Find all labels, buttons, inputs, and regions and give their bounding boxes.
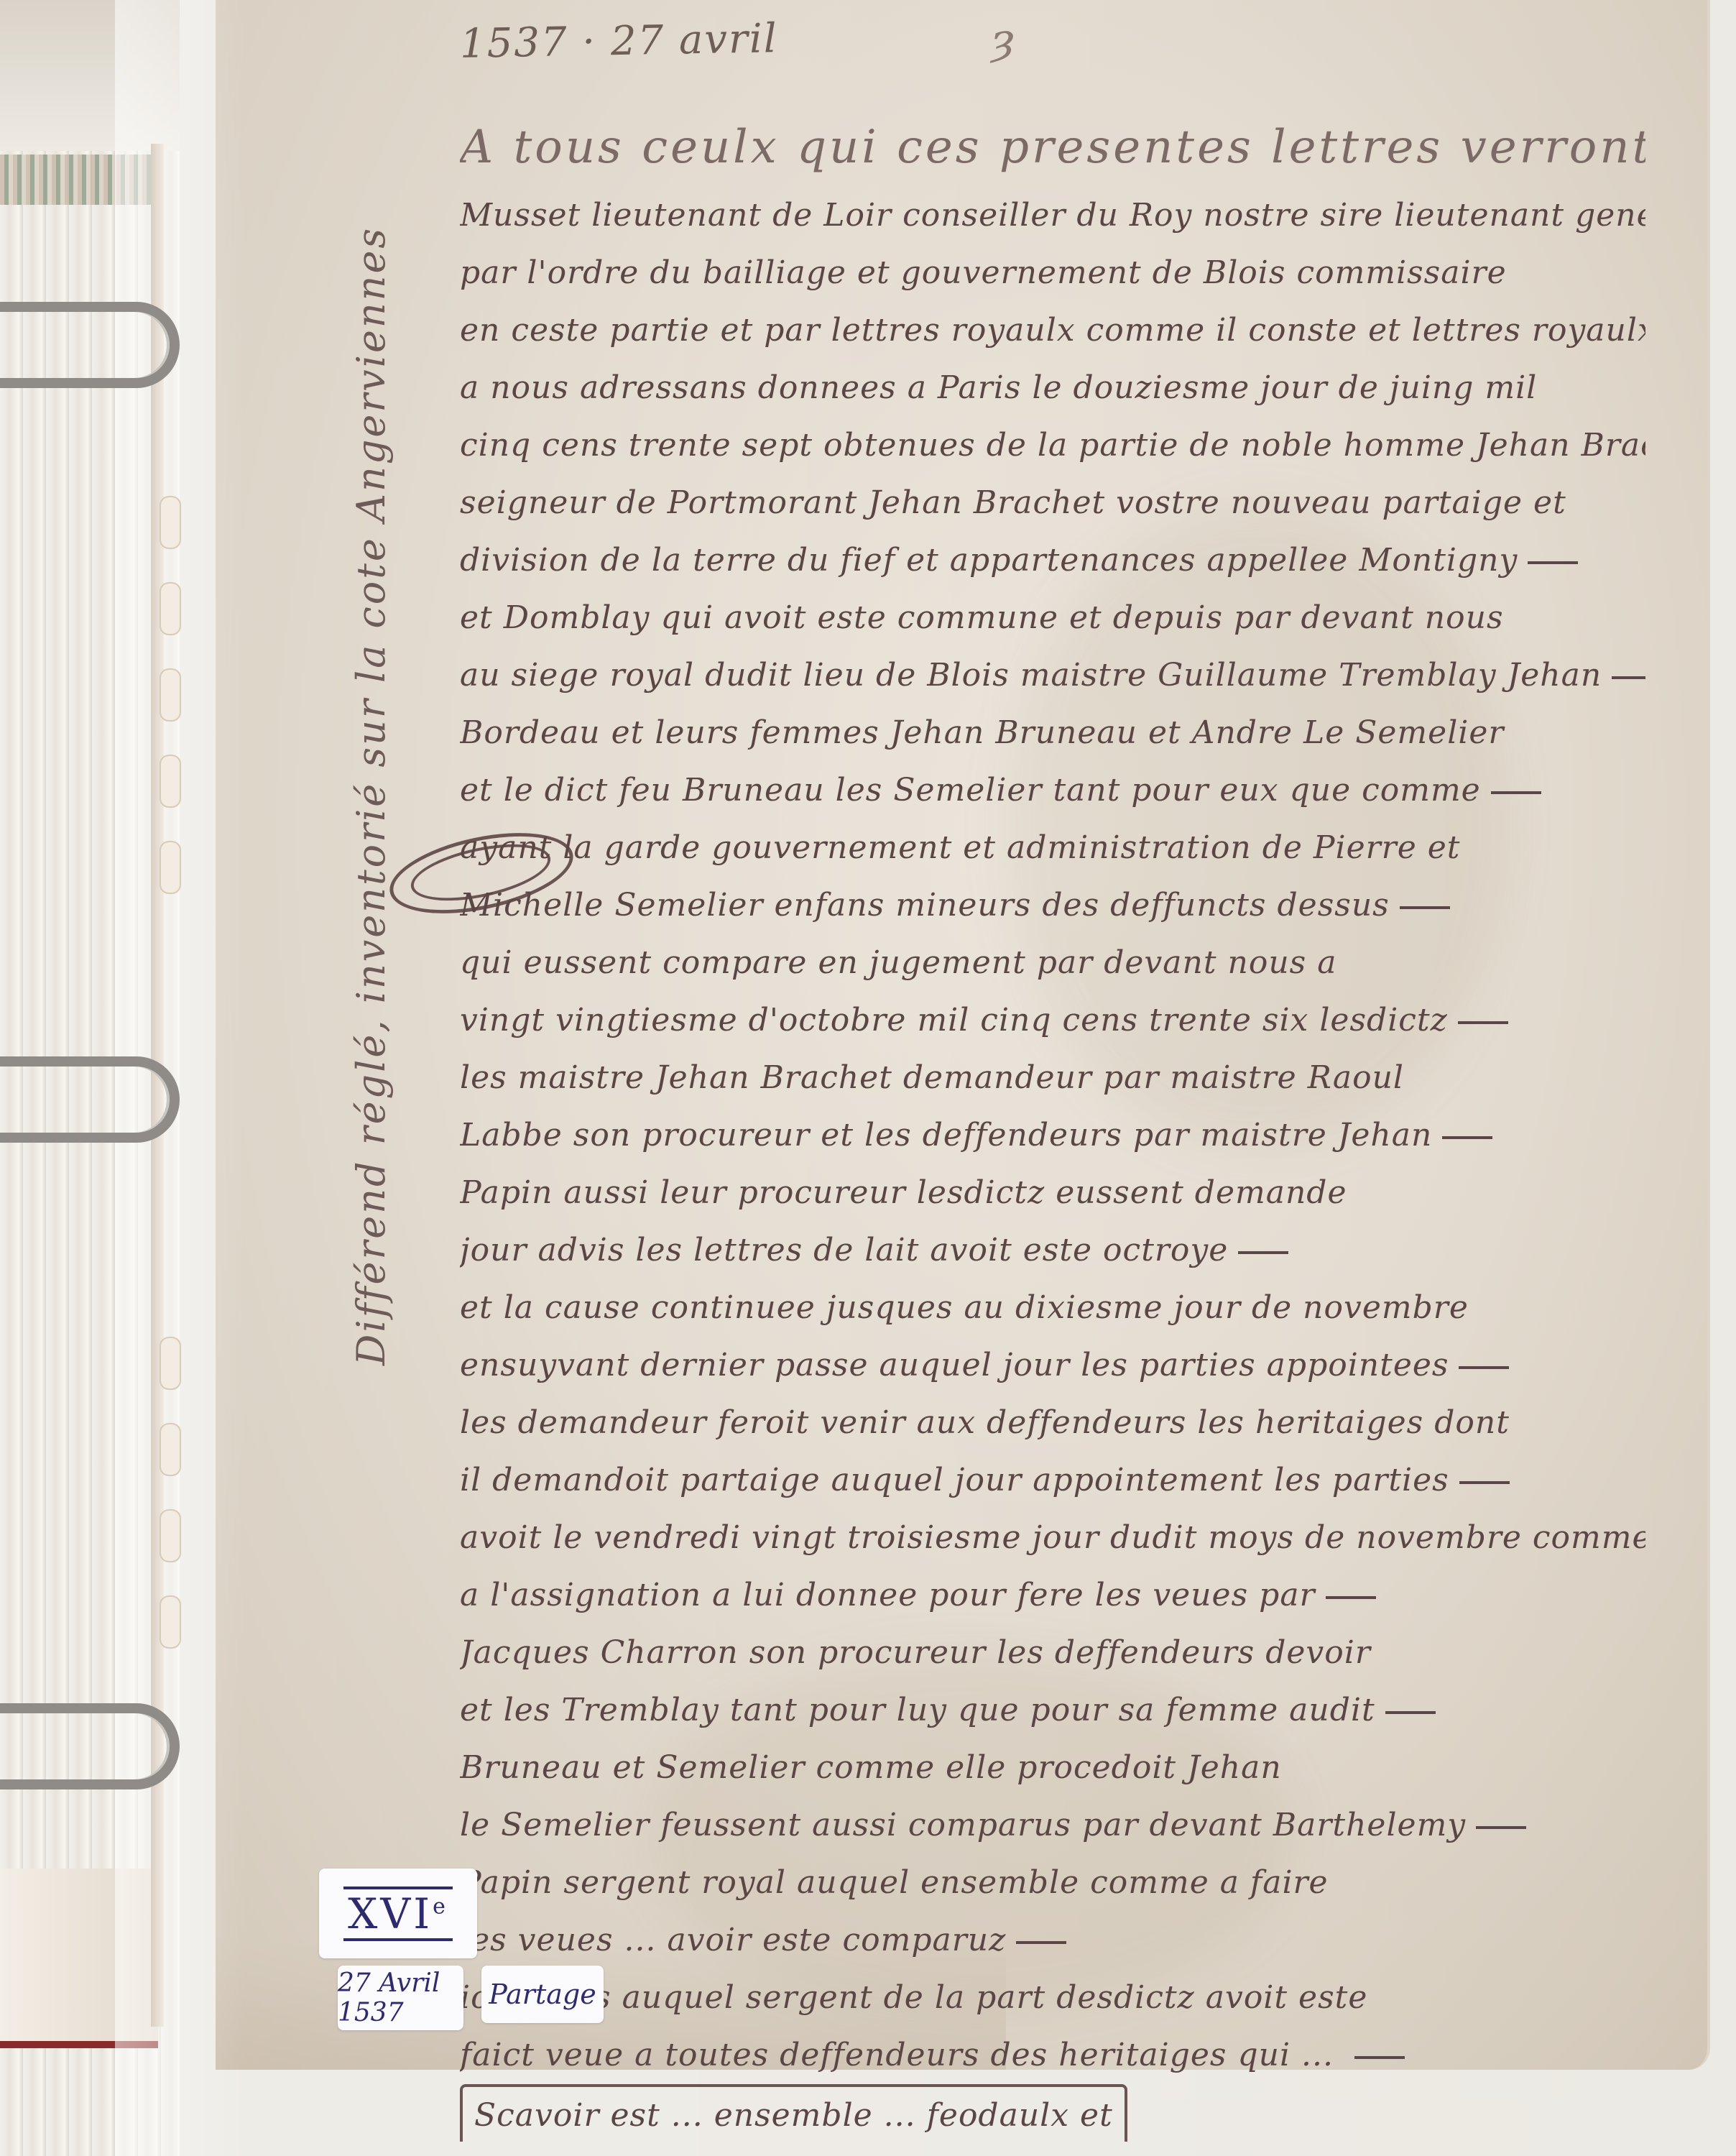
sleeve-punch-hole: [160, 1423, 181, 1476]
manuscript-line: qui eussent compare en jugement par deva…: [460, 934, 1645, 992]
manuscript-line: a nous adressans donnees a Paris le douz…: [460, 359, 1645, 417]
line-filler-dash: [1354, 2056, 1405, 2059]
label-date: 27 Avril 1537: [338, 1966, 463, 2030]
sleeve-punch-hole: [160, 1509, 181, 1562]
line-filler-dash: [1459, 1481, 1510, 1484]
line-filler-dash: [1016, 1941, 1066, 1944]
manuscript-line: Scavoir est ... ensemble ... feodaulx et: [460, 2084, 1645, 2142]
manuscript-line: et les Tremblay tant pour luy que pour s…: [460, 1682, 1645, 1739]
header-date-note: 1537 · 27 avril: [459, 15, 778, 68]
manuscript-line: Bordeau et leurs femmes Jehan Bruneau et…: [460, 704, 1645, 762]
line-filler-dash: [1400, 906, 1450, 909]
sleeve-punch-hole: [160, 1595, 181, 1649]
manuscript-line: et le dict feu Bruneau les Semelier tant…: [460, 762, 1645, 819]
manuscript-line: Michelle Semelier enfans mineurs des def…: [460, 877, 1645, 934]
manuscript-line: cinq cens trente sept obtenues de la par…: [460, 417, 1645, 474]
manuscript-line: ayant la garde gouvernement et administr…: [460, 819, 1645, 877]
line-filler-dash: [1612, 676, 1645, 679]
century-value: XVIe: [343, 1886, 453, 1941]
manuscript-line: et Domblay qui avoit este commune et dep…: [460, 589, 1645, 647]
line-filler-dash: [1528, 561, 1578, 564]
boxed-line: Scavoir est ... ensemble ... feodaulx et: [460, 2084, 1127, 2142]
manuscript-line: Musset lieutenant de Loir conseiller du …: [460, 187, 1645, 244]
header-note-right: ȝ: [992, 14, 1014, 65]
manuscript-line: les veues ... avoir este comparuz: [460, 1912, 1645, 1969]
sleeve-punch-hole: [160, 841, 181, 894]
sleeve-punch-hole: [160, 755, 181, 808]
manuscript-line: A tous ceulx qui ces presentes lettres v…: [460, 108, 1645, 187]
binder-ring-middle: [0, 1056, 180, 1143]
manuscript-line: vingt vingtiesme d'octobre mil cinq cens…: [460, 992, 1645, 1049]
manuscript-line: et la cause continuee jusques au dixiesm…: [460, 1279, 1645, 1337]
manuscript-line: les maistre Jehan Brachet demandeur par …: [460, 1049, 1645, 1107]
manuscript-line: avoit le vendredi vingt troisiesme jour …: [460, 1509, 1645, 1567]
manuscript-line: ensuyvant dernier passe auquel jour les …: [460, 1337, 1645, 1394]
manuscript-line: icy apres auquel sergent de la part desd…: [460, 1969, 1645, 2027]
label-document-type: Partage: [481, 1966, 604, 2023]
sleeve-punch-hole: [160, 1337, 181, 1390]
manuscript-line: au siege royal dudit lieu de Blois maist…: [460, 647, 1645, 704]
manuscript-line: seigneur de Portmorant Jehan Brachet vos…: [460, 474, 1645, 532]
manuscript-line: jour advis les lettres de lait avoit est…: [460, 1222, 1645, 1279]
manuscript-line: Bruneau et Semelier comme elle procedoit…: [460, 1739, 1645, 1797]
line-filler-dash: [1442, 1136, 1492, 1139]
manuscript-line: Papin sergent royal auquel ensemble comm…: [460, 1854, 1645, 1912]
manuscript-line: les demandeur feroit venir aux deffendeu…: [460, 1394, 1645, 1452]
manuscript-line: par l'ordre du bailliage et gouvernement…: [460, 244, 1645, 302]
margin-note-vertical: Différend réglé, inventorié sur la cote …: [348, 226, 394, 1365]
manuscript-line: Papin aussi leur procureur lesdictz euss…: [460, 1164, 1645, 1222]
manuscript-line: il demandoit partaige auquel jour appoin…: [460, 1452, 1645, 1509]
manuscript-line: a l'assignation a lui donnee pour fere l…: [460, 1567, 1645, 1624]
line-filler-dash: [1459, 1366, 1509, 1369]
line-filler-dash: [1491, 791, 1541, 794]
sleeve-punch-hole: [160, 668, 181, 722]
manuscript-line: Jacques Charron son procureur les deffen…: [460, 1624, 1645, 1682]
label-century: XVIe: [319, 1869, 477, 1958]
sleeve-punch-hole: [160, 496, 181, 549]
manuscript-line: division de la terre du fief et apparten…: [460, 532, 1645, 589]
manuscript-text: A tous ceulx qui ces presentes lettres v…: [460, 108, 1645, 2142]
binder-ring-top: [0, 302, 180, 388]
line-filler-dash: [1238, 1251, 1288, 1254]
line-filler-dash: [1476, 1826, 1526, 1829]
line-filler-dash: [1326, 1596, 1376, 1599]
manuscript-line: Labbe son procureur et les deffendeurs p…: [460, 1107, 1645, 1164]
binder-ring-bottom: [0, 1703, 180, 1789]
line-filler-dash: [1385, 1711, 1436, 1714]
manuscript-line: en ceste partie et par lettres royaulx c…: [460, 302, 1645, 359]
line-filler-dash: [1458, 1021, 1508, 1024]
manuscript-line: le Semelier feussent aussi comparus par …: [460, 1797, 1645, 1854]
sleeve-punch-hole: [160, 582, 181, 635]
manuscript-line: faict veue a toutes deffendeurs des heri…: [460, 2027, 1645, 2084]
